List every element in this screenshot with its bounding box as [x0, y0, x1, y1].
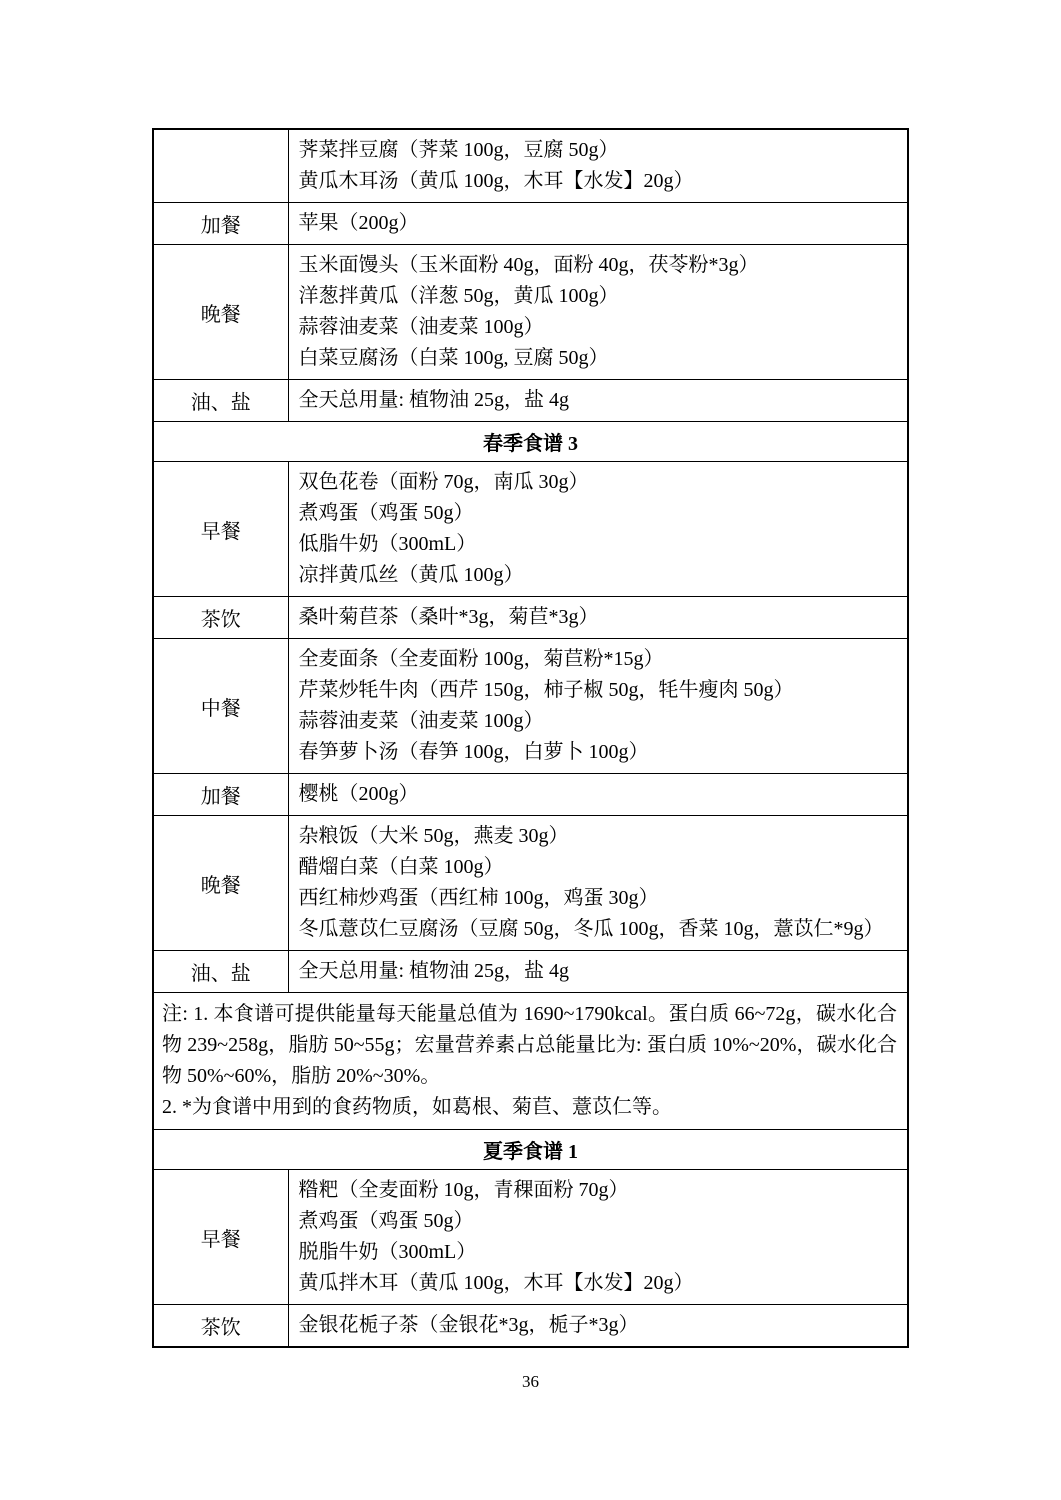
- dish-item: 西红柿炒鸡蛋（西红柿 100g，鸡蛋 30g）: [299, 883, 904, 914]
- section-title: 春季食谱 3: [153, 422, 908, 462]
- meal-label: 加餐: [153, 774, 288, 816]
- dish-item: 低脂牛奶（300mL）: [299, 529, 904, 560]
- meal-content: 杂粮饭（大米 50g，燕麦 30g）醋熘白菜（白菜 100g）西红柿炒鸡蛋（西红…: [288, 816, 908, 951]
- table-row: 晚餐杂粮饭（大米 50g，燕麦 30g）醋熘白菜（白菜 100g）西红柿炒鸡蛋（…: [153, 816, 908, 951]
- table-row: 夏季食谱 1: [153, 1130, 908, 1170]
- table-row: 加餐苹果（200g）: [153, 203, 908, 245]
- dish-item: 全天总用量: 植物油 25g，盐 4g: [299, 956, 904, 987]
- meal-label: 茶饮: [153, 1305, 288, 1348]
- dish-item: 芹菜炒牦牛肉（西芹 150g，柿子椒 50g，牦牛瘦肉 50g）: [299, 675, 904, 706]
- table-row: 早餐双色花卷（面粉 70g，南瓜 30g）煮鸡蛋（鸡蛋 50g）低脂牛奶（300…: [153, 462, 908, 597]
- dish-item: 醋熘白菜（白菜 100g）: [299, 852, 904, 883]
- dish-item: 糌粑（全麦面粉 10g，青稞面粉 70g）: [299, 1175, 904, 1206]
- meal-label: 早餐: [153, 462, 288, 597]
- dish-item: 桑叶菊苣茶（桑叶*3g，菊苣*3g）: [299, 602, 904, 633]
- dish-item: 黄瓜木耳汤（黄瓜 100g，木耳【水发】20g）: [299, 166, 904, 197]
- meal-content: 全天总用量: 植物油 25g，盐 4g: [288, 951, 908, 993]
- table-row: 春季食谱 3: [153, 422, 908, 462]
- table-row: 油、盐全天总用量: 植物油 25g，盐 4g: [153, 380, 908, 422]
- meal-content: 全天总用量: 植物油 25g，盐 4g: [288, 380, 908, 422]
- meal-content: 苹果（200g）: [288, 203, 908, 245]
- dish-item: 全麦面条（全麦面粉 100g，菊苣粉*15g）: [299, 644, 904, 675]
- meal-label: 油、盐: [153, 951, 288, 993]
- dish-item: 黄瓜拌木耳（黄瓜 100g，木耳【水发】20g）: [299, 1268, 904, 1299]
- dish-item: 蒜蓉油麦菜（油麦菜 100g）: [299, 706, 904, 737]
- dish-item: 凉拌黄瓜丝（黄瓜 100g）: [299, 560, 904, 591]
- table-row: 加餐樱桃（200g）: [153, 774, 908, 816]
- dish-item: 洋葱拌黄瓜（洋葱 50g，黄瓜 100g）: [299, 281, 904, 312]
- table-row: 荠菜拌豆腐（荠菜 100g，豆腐 50g）黄瓜木耳汤（黄瓜 100g，木耳【水发…: [153, 129, 908, 203]
- dish-item: 双色花卷（面粉 70g，南瓜 30g）: [299, 467, 904, 498]
- dish-item: 冬瓜薏苡仁豆腐汤（豆腐 50g，冬瓜 100g，香菜 10g，薏苡仁*9g）: [299, 914, 904, 945]
- meal-label: 晚餐: [153, 816, 288, 951]
- page-number: 36: [0, 1372, 1061, 1392]
- meal-plan-table: 荠菜拌豆腐（荠菜 100g，豆腐 50g）黄瓜木耳汤（黄瓜 100g，木耳【水发…: [152, 128, 909, 1348]
- meal-content: 双色花卷（面粉 70g，南瓜 30g）煮鸡蛋（鸡蛋 50g）低脂牛奶（300mL…: [288, 462, 908, 597]
- dish-item: 脱脂牛奶（300mL）: [299, 1237, 904, 1268]
- note-text: 2. *为食谱中用到的食药物质，如葛根、菊苣、薏苡仁等。: [162, 1092, 897, 1123]
- table-row: 茶饮桑叶菊苣茶（桑叶*3g，菊苣*3g）: [153, 597, 908, 639]
- table-row: 中餐全麦面条（全麦面粉 100g，菊苣粉*15g）芹菜炒牦牛肉（西芹 150g，…: [153, 639, 908, 774]
- note-cell: 注: 1. 本食谱可提供能量每天能量总值为 1690~1790kcal。蛋白质 …: [153, 993, 908, 1130]
- dish-item: 煮鸡蛋（鸡蛋 50g）: [299, 1206, 904, 1237]
- dish-item: 蒜蓉油麦菜（油麦菜 100g）: [299, 312, 904, 343]
- dish-item: 煮鸡蛋（鸡蛋 50g）: [299, 498, 904, 529]
- table-row: 晚餐玉米面馒头（玉米面粉 40g，面粉 40g，茯苓粉*3g）洋葱拌黄瓜（洋葱 …: [153, 245, 908, 380]
- dish-item: 荠菜拌豆腐（荠菜 100g，豆腐 50g）: [299, 135, 904, 166]
- dish-item: 白菜豆腐汤（白菜 100g, 豆腐 50g）: [299, 343, 904, 374]
- note-text: 注: 1. 本食谱可提供能量每天能量总值为 1690~1790kcal。蛋白质 …: [162, 999, 897, 1092]
- document-page: 荠菜拌豆腐（荠菜 100g，豆腐 50g）黄瓜木耳汤（黄瓜 100g，木耳【水发…: [0, 0, 1061, 1500]
- dish-item: 樱桃（200g）: [299, 779, 904, 810]
- meal-label: 中餐: [153, 639, 288, 774]
- dish-item: 苹果（200g）: [299, 208, 904, 239]
- meal-plan-table-body: 荠菜拌豆腐（荠菜 100g，豆腐 50g）黄瓜木耳汤（黄瓜 100g，木耳【水发…: [153, 129, 908, 1347]
- section-title: 夏季食谱 1: [153, 1130, 908, 1170]
- meal-label: 油、盐: [153, 380, 288, 422]
- table-row: 早餐糌粑（全麦面粉 10g，青稞面粉 70g）煮鸡蛋（鸡蛋 50g）脱脂牛奶（3…: [153, 1170, 908, 1305]
- meal-label: [153, 129, 288, 203]
- dish-item: 全天总用量: 植物油 25g，盐 4g: [299, 385, 904, 416]
- meal-label: 晚餐: [153, 245, 288, 380]
- table-row: 茶饮金银花栀子茶（金银花*3g，栀子*3g）: [153, 1305, 908, 1348]
- meal-content: 玉米面馒头（玉米面粉 40g，面粉 40g，茯苓粉*3g）洋葱拌黄瓜（洋葱 50…: [288, 245, 908, 380]
- table-row: 注: 1. 本食谱可提供能量每天能量总值为 1690~1790kcal。蛋白质 …: [153, 993, 908, 1130]
- meal-content: 桑叶菊苣茶（桑叶*3g，菊苣*3g）: [288, 597, 908, 639]
- dish-item: 金银花栀子茶（金银花*3g，栀子*3g）: [299, 1310, 904, 1341]
- dish-item: 春笋萝卜汤（春笋 100g，白萝卜 100g）: [299, 737, 904, 768]
- meal-content: 荠菜拌豆腐（荠菜 100g，豆腐 50g）黄瓜木耳汤（黄瓜 100g，木耳【水发…: [288, 129, 908, 203]
- meal-content: 金银花栀子茶（金银花*3g，栀子*3g）: [288, 1305, 908, 1348]
- dish-item: 杂粮饭（大米 50g，燕麦 30g）: [299, 821, 904, 852]
- meal-label: 早餐: [153, 1170, 288, 1305]
- meal-label: 茶饮: [153, 597, 288, 639]
- meal-content: 糌粑（全麦面粉 10g，青稞面粉 70g）煮鸡蛋（鸡蛋 50g）脱脂牛奶（300…: [288, 1170, 908, 1305]
- table-row: 油、盐全天总用量: 植物油 25g，盐 4g: [153, 951, 908, 993]
- meal-content: 全麦面条（全麦面粉 100g，菊苣粉*15g）芹菜炒牦牛肉（西芹 150g，柿子…: [288, 639, 908, 774]
- meal-label: 加餐: [153, 203, 288, 245]
- meal-content: 樱桃（200g）: [288, 774, 908, 816]
- dish-item: 玉米面馒头（玉米面粉 40g，面粉 40g，茯苓粉*3g）: [299, 250, 904, 281]
